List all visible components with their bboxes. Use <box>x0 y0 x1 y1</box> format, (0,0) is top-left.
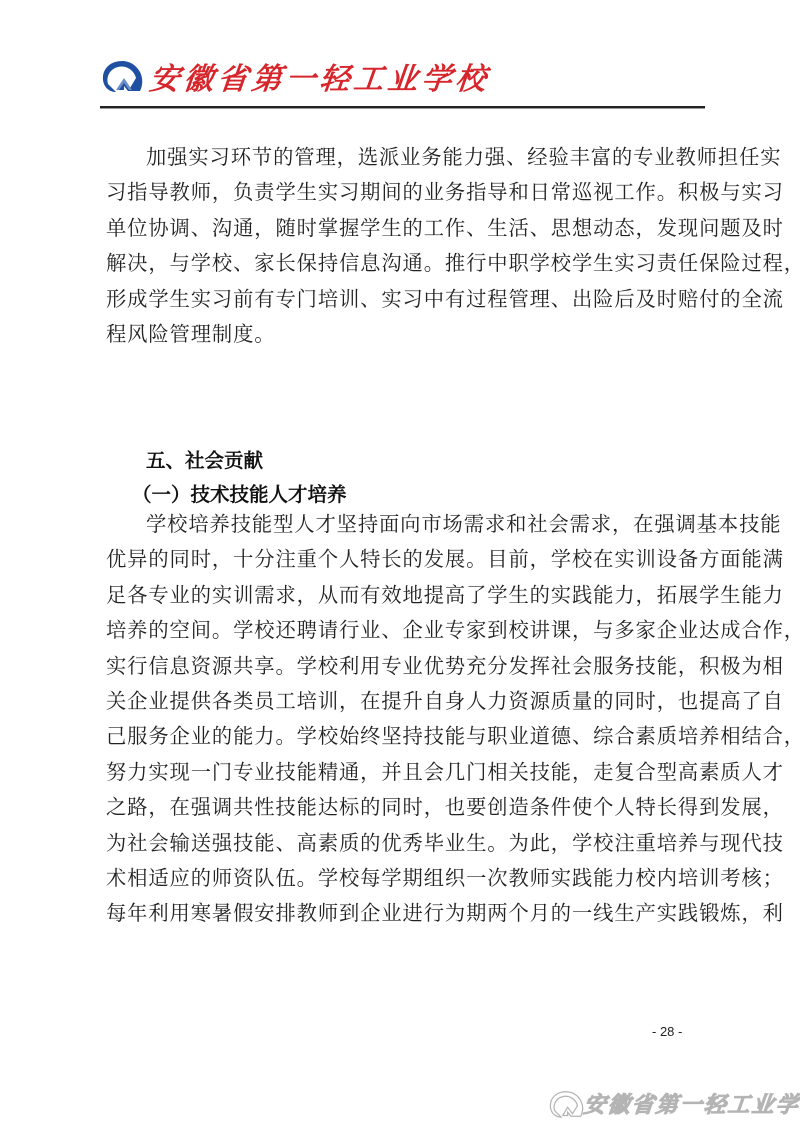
text-line: 习指导教师，负责学生实习期间的业务指导和日常巡视工作。积极与实习 <box>106 175 706 210</box>
header-divider <box>100 106 705 109</box>
school-logo-watermark-icon <box>548 1089 584 1119</box>
paragraph-talent-cultivation: 学校培养技能型人才坚持面向市场需求和社会需求，在强调基本技能 优异的同时，十分注… <box>106 507 706 932</box>
text-line: 实行信息资源共享。学校利用专业优势充分发挥社会服务技能，积极为相 <box>106 649 706 684</box>
text-line: 学校培养技能型人才坚持面向市场需求和社会需求，在强调基本技能 <box>106 507 706 542</box>
school-logo-icon <box>100 58 144 94</box>
footer-watermark: 安徽省第一轻工业学校 <box>548 1088 800 1119</box>
text-line: 培养的空间。学校还聘请行业、企业专家到校讲课，与多家企业达成合作， <box>106 613 706 648</box>
text-line: 加强实习环节的管理，选派业务能力强、经验丰富的专业教师担任实 <box>106 140 706 175</box>
paragraph-internship-management: 加强实习环节的管理，选派业务能力强、经验丰富的专业教师担任实 习指导教师，负责学… <box>106 140 706 352</box>
text-line: 足各专业的实训需求，从而有效地提高了学生的实践能力，拓展学生能力 <box>106 578 706 613</box>
subsection-heading: （一）技术技能人才培养 <box>132 479 347 507</box>
watermark-school-name: 安徽省第一轻工业学校 <box>582 1088 800 1119</box>
page-header: 安徽省第一轻工业学校 <box>100 52 490 100</box>
text-line: 程风险管理制度。 <box>106 317 706 352</box>
page-number: - 28 - <box>652 1024 682 1039</box>
text-line: 关企业提供各类员工培训，在提升自身人力资源质量的同时，也提高了自 <box>106 684 706 719</box>
text-line: 形成学生实习前有专门培训、实习中有过程管理、出险后及时赔付的全流 <box>106 282 706 317</box>
text-line: 优异的同时，十分注重个人特长的发展。目前，学校在实训设备方面能满 <box>106 542 706 577</box>
text-line: 为社会输送强技能、高素质的优秀毕业生。为此，学校注重培养与现代技 <box>106 826 706 861</box>
text-line: 单位协调、沟通，随时掌握学生的工作、生活、思想动态，发现问题及时 <box>106 211 706 246</box>
text-line: 努力实现一门专业技能精通，并且会几门相关技能，走复合型高素质人才 <box>106 755 706 790</box>
text-line: 己服务企业的能力。学校始终坚持技能与职业道德、综合素质培养相结合， <box>106 719 706 754</box>
text-line: 每年利用寒暑假安排教师到企业进行为期两个月的一线生产实践锻炼，利 <box>106 896 706 931</box>
text-line: 之路，在强调共性技能达标的同时，也要创造条件使个人特长得到发展， <box>106 790 706 825</box>
text-line: 解决，与学校、家长保持信息沟通。推行中职学校学生实习责任保险过程， <box>106 246 706 281</box>
school-name: 安徽省第一轻工业学校 <box>148 54 493 98</box>
text-line: 术相适应的师资队伍。学校每学期组织一次教师实践能力校内培训考核； <box>106 861 706 896</box>
section-heading: 五、社会贡献 <box>146 445 263 473</box>
